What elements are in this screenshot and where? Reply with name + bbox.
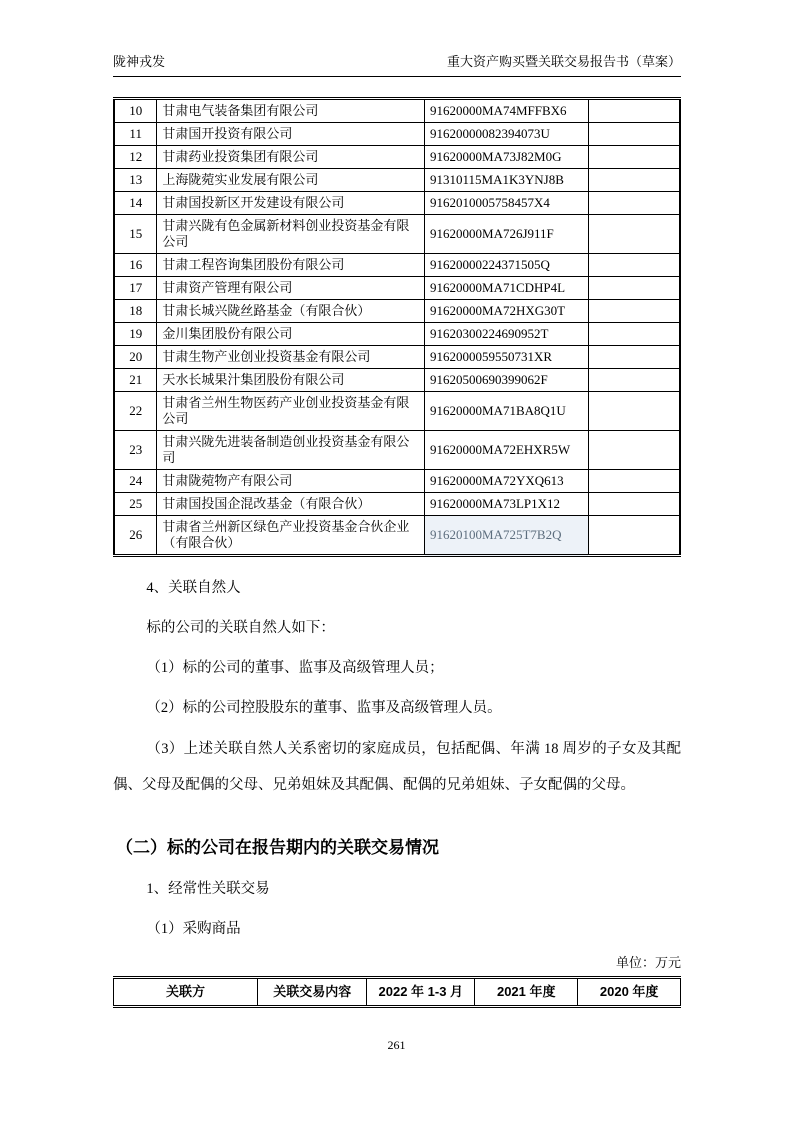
table-row: 22 甘肃省兰州生物医药产业创业投资基金有限公司 91620000MA71BA8… xyxy=(114,392,680,431)
list-item-3: （3）上述关联自然人关系密切的家庭成员，包括配偶、年满 18 周岁的子女及其配偶… xyxy=(113,731,681,803)
company-name-cell: 甘肃陇菀物产有限公司 xyxy=(157,470,425,493)
row-number-cell: 24 xyxy=(114,470,157,493)
empty-cell xyxy=(588,346,680,369)
transaction-header-cell: 2020 年度 xyxy=(578,978,681,1007)
company-name-cell: 甘肃兴陇有色金属新材料创业投资基金有限公司 xyxy=(157,215,425,254)
empty-cell xyxy=(588,493,680,516)
row-number-cell: 20 xyxy=(114,346,157,369)
credit-code-cell: 91620100MA725T7B2Q xyxy=(425,516,589,556)
empty-cell xyxy=(588,431,680,470)
company-table-body: 10 甘肃电气装备集团有限公司 91620000MA74MFFBX6 11 甘肃… xyxy=(114,99,680,556)
company-name-cell: 甘肃药业投资集团有限公司 xyxy=(157,146,425,169)
header-left-title: 陇神戎发 xyxy=(113,54,165,70)
empty-cell xyxy=(588,300,680,323)
credit-code-cell: 91620000MA72HXG30T xyxy=(425,300,589,323)
table-row: 10 甘肃电气装备集团有限公司 91620000MA74MFFBX6 xyxy=(114,99,680,123)
list-item-1: （1）标的公司的董事、监事及高级管理人员； xyxy=(113,660,681,677)
table-row: 23 甘肃兴陇先进装备制造创业投资基金有限公司 91620000MA72EHXR… xyxy=(114,431,680,470)
document-page: 陇神戎发 重大资产购买暨关联交易报告书（草案） 10 甘肃电气装备集团有限公司 … xyxy=(0,0,793,1122)
page-number: 261 xyxy=(0,1038,793,1053)
empty-cell xyxy=(588,254,680,277)
table-row: 15 甘肃兴陇有色金属新材料创业投资基金有限公司 91620000MA726J9… xyxy=(114,215,680,254)
credit-code-cell: 91620000MA72EHXR5W xyxy=(425,431,589,470)
row-number-cell: 13 xyxy=(114,169,157,192)
company-name-cell: 甘肃国投国企混改基金（有限合伙） xyxy=(157,493,425,516)
row-number-cell: 21 xyxy=(114,369,157,392)
subsection-1-1-title: （1）采购商品 xyxy=(113,921,681,938)
transaction-header-cell: 关联方 xyxy=(114,978,258,1007)
transaction-header-cell: 关联交易内容 xyxy=(258,978,367,1007)
row-number-cell: 17 xyxy=(114,277,157,300)
table-row: 19 金川集团股份有限公司 91620300224690952T xyxy=(114,323,680,346)
empty-cell xyxy=(588,99,680,123)
credit-code-cell: 91620000MA72YXQ613 xyxy=(425,470,589,493)
transaction-header-row: 关联方关联交易内容2022 年 1-3 月2021 年度2020 年度 xyxy=(114,978,681,1007)
intro-paragraph: 标的公司的关联自然人如下： xyxy=(113,620,681,637)
table-row: 12 甘肃药业投资集团有限公司 91620000MA73J82M0G xyxy=(114,146,680,169)
company-name-cell: 甘肃工程咨询集团股份有限公司 xyxy=(157,254,425,277)
empty-cell xyxy=(588,323,680,346)
credit-code-cell: 91620000MA73J82M0G xyxy=(425,146,589,169)
empty-cell xyxy=(588,392,680,431)
running-header: 陇神戎发 重大资产购买暨关联交易报告书（草案） xyxy=(113,54,681,70)
empty-cell xyxy=(588,277,680,300)
company-name-cell: 甘肃兴陇先进装备制造创业投资基金有限公司 xyxy=(157,431,425,470)
list-item-2: （2）标的公司控股股东的董事、监事及高级管理人员。 xyxy=(113,700,681,717)
table-row: 21 天水长城果汁集团股份有限公司 91620500690399062F xyxy=(114,369,680,392)
credit-code-cell: 9162010005758457X4 xyxy=(425,192,589,215)
credit-code-cell: 91620000MA71BA8Q1U xyxy=(425,392,589,431)
section-4-title: 4、关联自然人 xyxy=(113,580,681,597)
row-number-cell: 22 xyxy=(114,392,157,431)
row-number-cell: 26 xyxy=(114,516,157,556)
company-name-cell: 甘肃生物产业创业投资基金有限公司 xyxy=(157,346,425,369)
empty-cell xyxy=(588,123,680,146)
table-row: 16 甘肃工程咨询集团股份有限公司 91620000224371505Q xyxy=(114,254,680,277)
table-row: 18 甘肃长城兴陇丝路基金（有限合伙） 91620000MA72HXG30T xyxy=(114,300,680,323)
table-row: 13 上海陇菀实业发展有限公司 91310115MA1K3YNJ8B xyxy=(114,169,680,192)
section-2-heading: （二）标的公司在报告期内的关联交易情况 xyxy=(116,833,681,858)
credit-code-cell: 91620000224371505Q xyxy=(425,254,589,277)
credit-code-cell: 91620500690399062F xyxy=(425,369,589,392)
transaction-header-cell: 2021 年度 xyxy=(475,978,578,1007)
credit-code-cell: 91620300224690952T xyxy=(425,323,589,346)
table-row: 11 甘肃国开投资有限公司 91620000082394073U xyxy=(114,123,680,146)
company-name-cell: 金川集团股份有限公司 xyxy=(157,323,425,346)
unit-label: 单位：万元 xyxy=(113,952,681,971)
related-transaction-table: 关联方关联交易内容2022 年 1-3 月2021 年度2020 年度 xyxy=(113,976,681,1008)
empty-cell xyxy=(588,215,680,254)
company-name-cell: 甘肃省兰州新区绿色产业投资基金合伙企业（有限合伙） xyxy=(157,516,425,556)
row-number-cell: 15 xyxy=(114,215,157,254)
empty-cell xyxy=(588,169,680,192)
credit-code-cell: 91620000MA74MFFBX6 xyxy=(425,99,589,123)
row-number-cell: 23 xyxy=(114,431,157,470)
transaction-header-cell: 2022 年 1-3 月 xyxy=(367,978,475,1007)
credit-code-cell: 91620000MA73LP1X12 xyxy=(425,493,589,516)
table-row: 14 甘肃国投新区开发建设有限公司 9162010005758457X4 xyxy=(114,192,680,215)
table-row: 25 甘肃国投国企混改基金（有限合伙） 91620000MA73LP1X12 xyxy=(114,493,680,516)
company-name-cell: 甘肃资产管理有限公司 xyxy=(157,277,425,300)
row-number-cell: 14 xyxy=(114,192,157,215)
table-row: 24 甘肃陇菀物产有限公司 91620000MA72YXQ613 xyxy=(114,470,680,493)
subsection-1-title: 1、经常性关联交易 xyxy=(113,881,681,898)
row-number-cell: 25 xyxy=(114,493,157,516)
credit-code-cell: 91310115MA1K3YNJ8B xyxy=(425,169,589,192)
empty-cell xyxy=(588,470,680,493)
company-name-cell: 甘肃国开投资有限公司 xyxy=(157,123,425,146)
table-row: 26 甘肃省兰州新区绿色产业投资基金合伙企业（有限合伙） 91620100MA7… xyxy=(114,516,680,556)
company-name-cell: 甘肃长城兴陇丝路基金（有限合伙） xyxy=(157,300,425,323)
row-number-cell: 18 xyxy=(114,300,157,323)
company-name-cell: 上海陇菀实业发展有限公司 xyxy=(157,169,425,192)
row-number-cell: 11 xyxy=(114,123,157,146)
header-right-title: 重大资产购买暨关联交易报告书（草案） xyxy=(447,54,681,70)
credit-code-cell: 9162000059550731XR xyxy=(425,346,589,369)
row-number-cell: 19 xyxy=(114,323,157,346)
table-row: 17 甘肃资产管理有限公司 91620000MA71CDHP4L xyxy=(114,277,680,300)
company-name-cell: 天水长城果汁集团股份有限公司 xyxy=(157,369,425,392)
related-company-table: 10 甘肃电气装备集团有限公司 91620000MA74MFFBX6 11 甘肃… xyxy=(113,97,681,557)
row-number-cell: 16 xyxy=(114,254,157,277)
empty-cell xyxy=(588,516,680,556)
table-row: 20 甘肃生物产业创业投资基金有限公司 9162000059550731XR xyxy=(114,346,680,369)
credit-code-cell: 91620000MA71CDHP4L xyxy=(425,277,589,300)
company-name-cell: 甘肃国投新区开发建设有限公司 xyxy=(157,192,425,215)
credit-code-cell: 91620000MA726J911F xyxy=(425,215,589,254)
row-number-cell: 12 xyxy=(114,146,157,169)
credit-code-cell: 91620000082394073U xyxy=(425,123,589,146)
empty-cell xyxy=(588,192,680,215)
empty-cell xyxy=(588,146,680,169)
company-name-cell: 甘肃省兰州生物医药产业创业投资基金有限公司 xyxy=(157,392,425,431)
company-name-cell: 甘肃电气装备集团有限公司 xyxy=(157,99,425,123)
header-rule xyxy=(113,76,681,77)
row-number-cell: 10 xyxy=(114,99,157,123)
empty-cell xyxy=(588,369,680,392)
